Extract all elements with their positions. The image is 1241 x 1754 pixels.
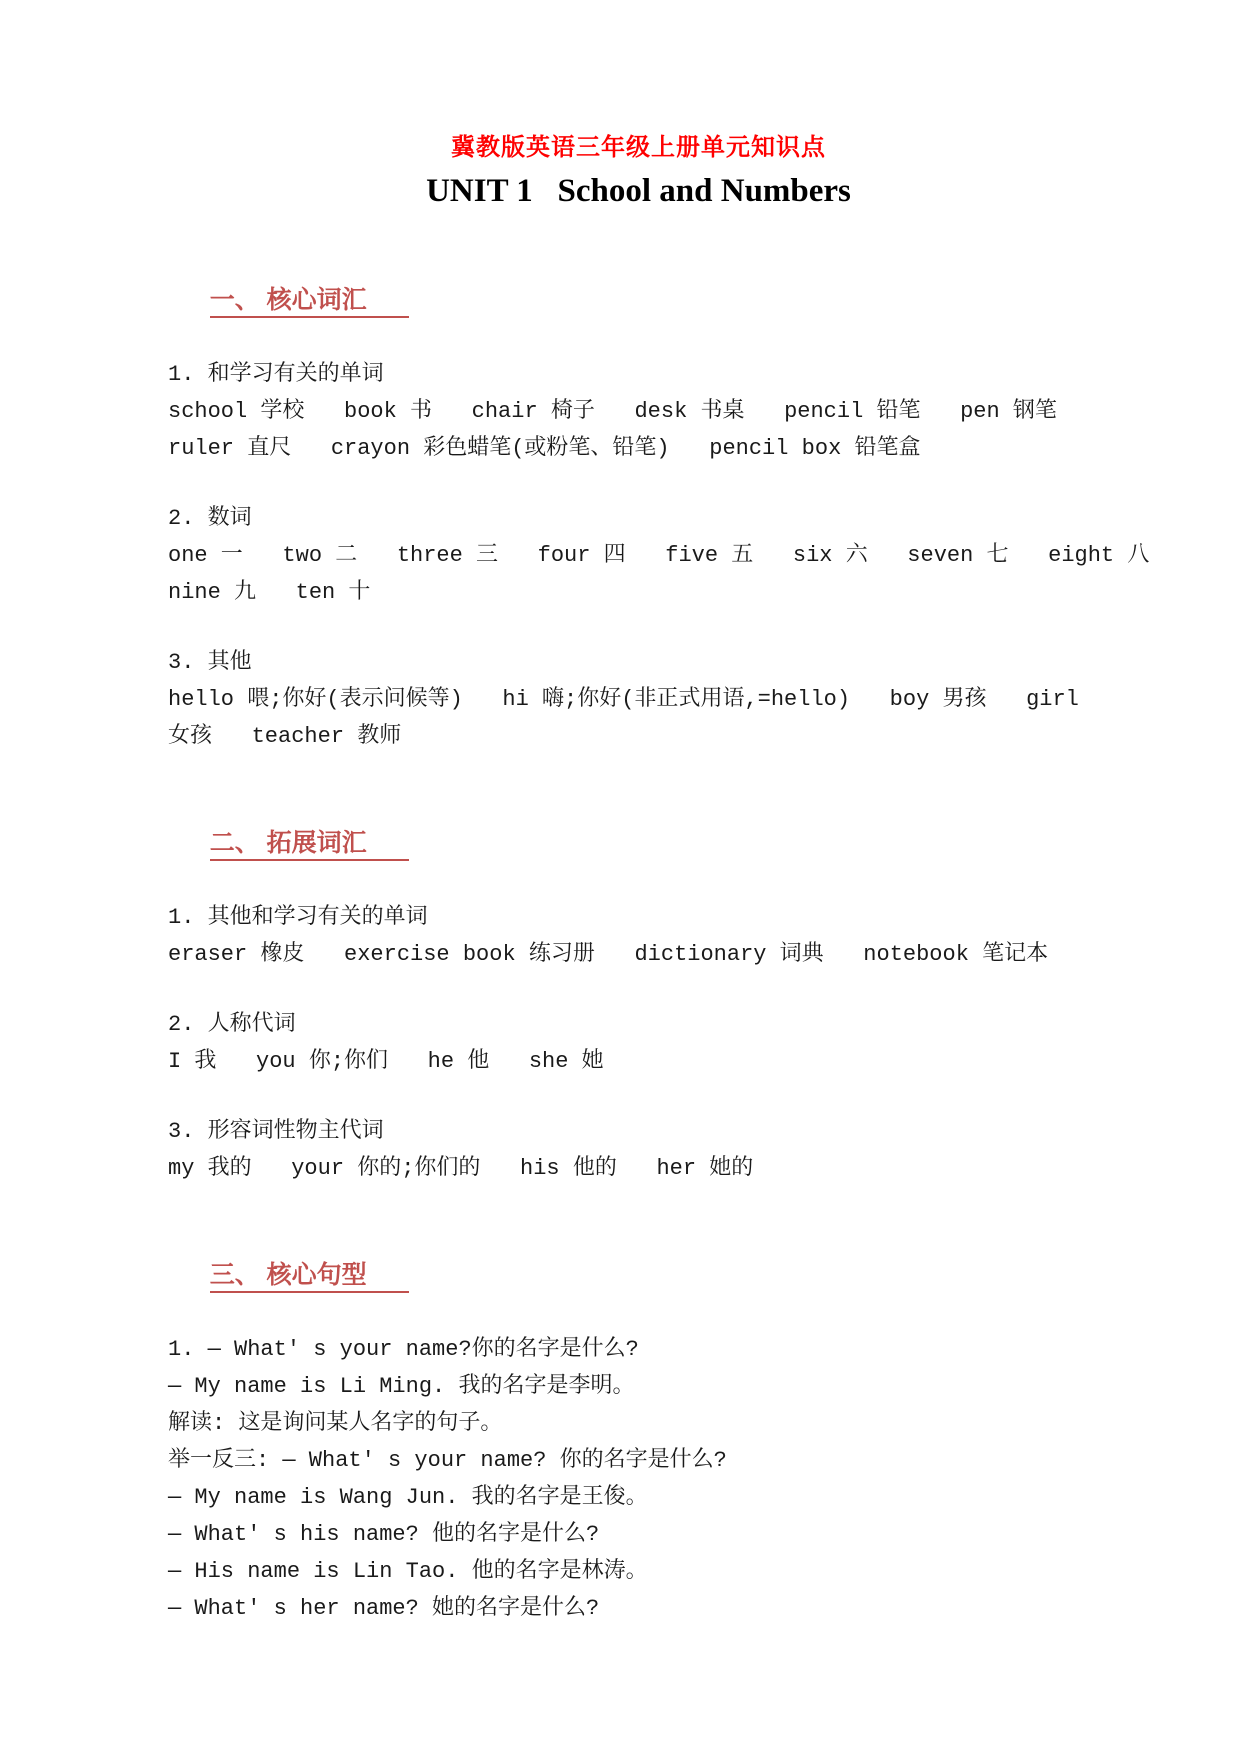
text-line: 女孩 teacher 教师 (168, 718, 1091, 755)
vocab-group-possessive-pronouns: 3. 形容词性物主代词 my 我的 your 你的;你们的 his 他的 her… (168, 1113, 1091, 1187)
sentence-group-whats-your-name: 1. — What' s your name?你的名字是什么? — My nam… (168, 1331, 1091, 1627)
section-heading-text: 二、 拓展词汇 (210, 828, 409, 861)
text-line: — What' s her name? 她的名字是什么? (168, 1590, 1091, 1627)
text-line: hello 喂;你好(表示问候等) hi 嗨;你好(非正式用语,=hello) … (168, 681, 1091, 718)
vocab-group-others: 3. 其他 hello 喂;你好(表示问候等) hi 嗨;你好(非正式用语,=h… (168, 644, 1091, 755)
section-heading: 三、 核心句型 (168, 1220, 1091, 1331)
group-label: 3. 形容词性物主代词 (168, 1113, 1091, 1150)
text-line: — What' s his name? 他的名字是什么? (168, 1516, 1091, 1553)
text-line: school 学校 book 书 chair 椅子 desk 书桌 pencil… (168, 393, 1091, 430)
group-label: 1. 和学习有关的单词 (168, 356, 1091, 393)
text-line: — My name is Li Ming. 我的名字是李明。 (168, 1368, 1091, 1405)
section-extended-vocabulary: 二、 拓展词汇 1. 其他和学习有关的单词 eraser 橡皮 exercise… (168, 788, 1091, 1187)
section-heading: 二、 拓展词汇 (168, 788, 1091, 899)
document-title: 冀教版英语三年级上册单元知识点 (168, 133, 1109, 163)
group-label: 1. 其他和学习有关的单词 (168, 899, 1091, 936)
section-heading-text: 一、 核心词汇 (210, 285, 409, 318)
text-line: I 我 you 你;你们 he 他 she 她 (168, 1043, 1091, 1080)
text-line: my 我的 your 你的;你们的 his 他的 her 她的 (168, 1150, 1091, 1187)
text-line: — My name is Wang Jun. 我的名字是王俊。 (168, 1479, 1091, 1516)
text-line: nine 九 ten 十 (168, 574, 1091, 611)
section-heading-text: 三、 核心句型 (210, 1260, 409, 1293)
text-line: one 一 two 二 three 三 four 四 five 五 six 六 … (168, 537, 1091, 574)
section-key-sentences: 三、 核心句型 1. — What' s your name?你的名字是什么? … (168, 1220, 1091, 1627)
group-label: 3. 其他 (168, 644, 1091, 681)
text-line: eraser 橡皮 exercise book 练习册 dictionary 词… (168, 936, 1091, 973)
document-page: 冀教版英语三年级上册单元知识点 UNIT 1 School and Number… (0, 0, 1241, 1754)
text-line: 解读: 这是询问某人名字的句子。 (168, 1405, 1091, 1442)
group-label: 1. — What' s your name?你的名字是什么? (168, 1331, 1091, 1368)
text-line: 举一反三: — What' s your name? 你的名字是什么? (168, 1442, 1091, 1479)
section-heading: 一、 核心词汇 (168, 245, 1091, 356)
vocab-group-numbers: 2. 数词 one 一 two 二 three 三 four 四 five 五 … (168, 500, 1091, 611)
section-core-vocabulary: 一、 核心词汇 1. 和学习有关的单词 school 学校 book 书 cha… (168, 245, 1091, 755)
group-label: 2. 人称代词 (168, 1006, 1091, 1043)
text-line: ruler 直尺 crayon 彩色蜡笔(或粉笔、铅笔) pencil box … (168, 430, 1091, 467)
vocab-group-personal-pronouns: 2. 人称代词 I 我 you 你;你们 he 他 she 她 (168, 1006, 1091, 1080)
unit-heading: UNIT 1 School and Numbers (168, 171, 1109, 212)
vocab-group-other-study-words: 1. 其他和学习有关的单词 eraser 橡皮 exercise book 练习… (168, 899, 1091, 973)
text-line: — His name is Lin Tao. 他的名字是林涛。 (168, 1553, 1091, 1590)
group-label: 2. 数词 (168, 500, 1091, 537)
vocab-group-study-words: 1. 和学习有关的单词 school 学校 book 书 chair 椅子 de… (168, 356, 1091, 467)
